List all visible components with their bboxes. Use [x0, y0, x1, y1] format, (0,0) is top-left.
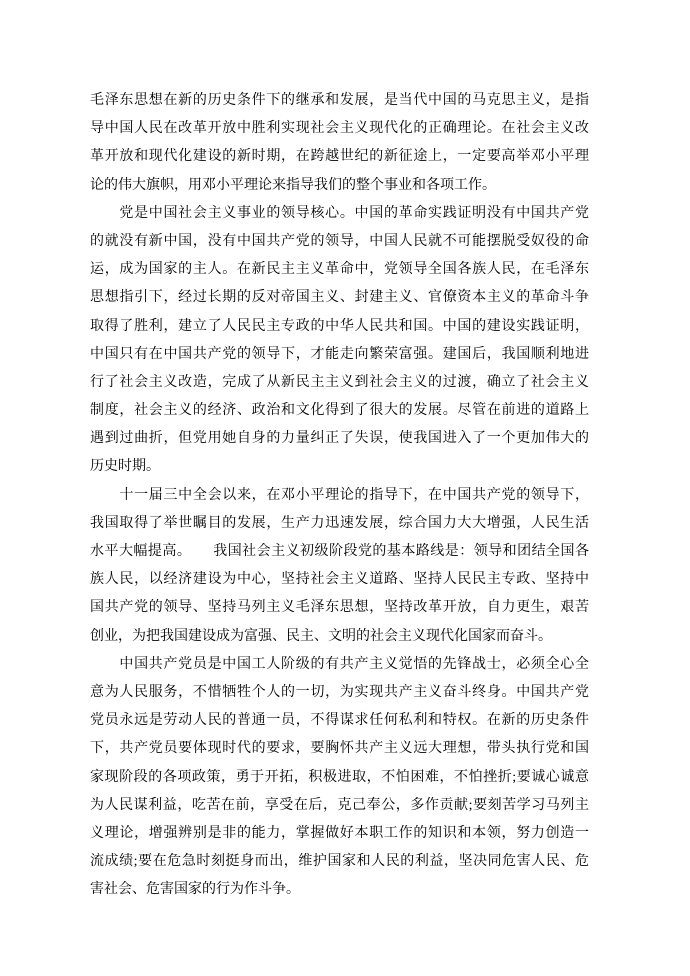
text-line: 导中国人民在改革开放中胜利实现社会主义现代化的正确理论。在社会主义改 — [90, 115, 589, 143]
text-line: 行了社会主义改造，完成了从新民主主义到社会主义的过渡，确立了社会主义 — [90, 369, 589, 397]
text-line: 水平大幅提高。 我国社会主义初级阶段党的基本路线是：领导和团结全国各 — [90, 538, 589, 566]
text-line: 中国只有在中国共产党的领导下，才能走向繁荣富强。建国后，我国顺利地进 — [90, 341, 589, 369]
paragraph: 中国共产党员是中国工人阶级的有共产主义觉悟的先锋战士，必须全心全意为人民服务，不… — [90, 651, 589, 905]
text-line: 害社会、危害国家的行为作斗争。 — [90, 876, 589, 904]
paragraph: 毛泽东思想在新的历史条件下的继承和发展，是当代中国的马克思主义，是指导中国人民在… — [90, 87, 589, 200]
text-line: 历史时期。 — [90, 453, 589, 481]
text-line: 意为人民服务，不惜牺牲个人的一切，为实现共产主义奋斗终身。中国共产党 — [90, 679, 589, 707]
paragraph: 十一届三中全会以来，在邓小平理论的指导下，在中国共产党的领导下，我国取得了举世瞩… — [90, 482, 589, 651]
text-line: 我国取得了举世瞩目的发展，生产力迅速发展，综合国力大大增强，人民生活 — [90, 510, 589, 538]
document-page: 毛泽东思想在新的历史条件下的继承和发展，是当代中国的马克思主义，是指导中国人民在… — [0, 0, 690, 976]
text-line: 党员永远是劳动人民的普通一员，不得谋求任何私利和特权。在新的历史条件 — [90, 707, 589, 735]
text-line: 制度，社会主义的经济、政治和文化得到了很大的发展。尽管在前进的道路上 — [90, 397, 589, 425]
paragraph: 党是中国社会主义事业的领导核心。中国的革命实践证明没有中国共产党的就没有新中国，… — [90, 200, 589, 482]
text-line: 中国共产党员是中国工人阶级的有共产主义觉悟的先锋战士，必须全心全 — [90, 651, 589, 679]
text-line: 创业，为把我国建设成为富强、民主、文明的社会主义现代化国家而奋斗。 — [90, 623, 589, 651]
text-line: 为人民谋利益，吃苦在前，享受在后，克己奉公，多作贡献;要刻苦学习马列主 — [90, 792, 589, 820]
text-line: 毛泽东思想在新的历史条件下的继承和发展，是当代中国的马克思主义，是指 — [90, 87, 589, 115]
text-line: 流成绩;要在危急时刻挺身而出，维护国家和人民的利益，坚决同危害人民、危 — [90, 848, 589, 876]
text-line: 思想指引下，经过长期的反对帝国主义、封建主义、官僚资本主义的革命斗争 — [90, 284, 589, 312]
text-line: 革开放和现代化建设的新时期，在跨越世纪的新征途上，一定要高举邓小平理 — [90, 143, 589, 171]
text-line: 家现阶段的各项政策，勇于开拓，积极进取，不怕困难，不怕挫折;要诚心诚意 — [90, 764, 589, 792]
text-line: 族人民，以经济建设为中心，坚持社会主义道路、坚持人民民主专政、坚持中 — [90, 566, 589, 594]
text-line: 国共产党的领导、坚持马列主义毛泽东思想，坚持改革开放，自力更生，艰苦 — [90, 594, 589, 622]
text-line: 十一届三中全会以来，在邓小平理论的指导下，在中国共产党的领导下， — [90, 482, 589, 510]
text-line: 的就没有新中国，没有中国共产党的领导，中国人民就不可能摆脱受奴役的命 — [90, 228, 589, 256]
text-line: 党是中国社会主义事业的领导核心。中国的革命实践证明没有中国共产党 — [90, 200, 589, 228]
text-line: 取得了胜利，建立了人民民主专政的中华人民共和国。中国的建设实践证明， — [90, 313, 589, 341]
document-text-block: 毛泽东思想在新的历史条件下的继承和发展，是当代中国的马克思主义，是指导中国人民在… — [90, 87, 589, 904]
text-line: 运，成为国家的主人。在新民主主义革命中，党领导全国各族人民，在毛泽东 — [90, 256, 589, 284]
text-line: 遇到过曲折，但党用她自身的力量纠正了失误，使我国进入了一个更加伟大的 — [90, 425, 589, 453]
text-line: 义理论，增强辨别是非的能力，掌握做好本职工作的知识和本领，努力创造一 — [90, 820, 589, 848]
text-line: 下，共产党员要体现时代的要求，要胸怀共产主义远大理想，带头执行党和国 — [90, 735, 589, 763]
text-line: 论的伟大旗帜，用邓小平理论来指导我们的整个事业和各项工作。 — [90, 172, 589, 200]
